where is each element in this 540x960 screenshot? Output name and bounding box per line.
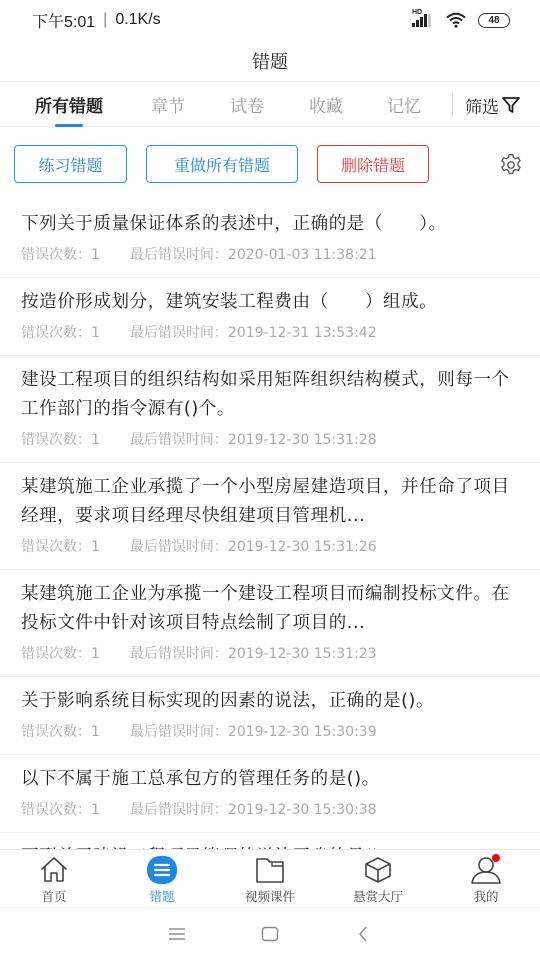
question-meta: 错误次数：1 最后错误时间：2019-12-30 15:31:28 [21, 424, 520, 462]
back-chevron-icon [357, 926, 369, 942]
question-meta: 错误次数：1 最后错误时间：2019-12-30 15:30:39 [21, 716, 520, 754]
last-wrong-time: 最后错误时间：2019-12-30 15:31:23 [130, 644, 377, 664]
system-nav-bar [0, 907, 540, 960]
nav-label: 首页 [41, 887, 66, 905]
signal-bar [416, 20, 419, 27]
signal-bar [412, 23, 415, 27]
wrong-count: 错误次数：1 [21, 537, 100, 557]
menu-button[interactable] [165, 922, 189, 946]
question-meta: 错误次数：1 最后错误时间：2020-01-03 11:38:21 [21, 239, 520, 277]
action-bar: 练习错题 重做所有错题 删除错题 [0, 127, 540, 200]
signal-icon: HD [412, 13, 434, 27]
status-bar: 下午5:01 | 0.1K/s HD 48 [0, 0, 540, 40]
question-item[interactable]: 下列关于建设工程项目管理的说法正确的是() [0, 833, 540, 849]
status-separator: | [103, 11, 107, 29]
filter-button[interactable]: 筛选 [465, 83, 521, 127]
nav-home[interactable]: 首页 [0, 850, 108, 907]
question-meta: 错误次数：1 最后错误时间：2019-12-31 13:53:42 [21, 317, 520, 355]
button-label: 重做所有错题 [174, 153, 270, 176]
user-icon [470, 856, 502, 884]
hd-label: HD [412, 9, 422, 16]
nav-label: 悬赏大厅 [353, 887, 403, 905]
wrong-count: 错误次数：1 [21, 323, 100, 343]
question-text: 某建筑施工企业承揽了一个小型房屋建造项目，并任命了项目经理，要求项目经理尽快组建… [21, 473, 520, 531]
question-meta: 错误次数：1 最后错误时间：2019-12-30 15:30:38 [21, 794, 520, 832]
question-item[interactable]: 按造价形成划分，建筑安装工程费由（ ）组成。 错误次数：1 最后错误时间：201… [0, 278, 540, 356]
tab-divider [452, 93, 453, 117]
battery-level: 48 [488, 15, 499, 26]
question-text: 建设工程项目的组织结构如采用矩阵组织结构模式，则每一个工作部门的指令源有()个。 [21, 366, 520, 424]
button-label: 练习错题 [38, 153, 102, 176]
tab-label: 记忆 [387, 92, 421, 117]
last-wrong-time: 最后错误时间：2019-12-31 13:53:42 [130, 323, 377, 343]
wrong-count: 错误次数：1 [21, 722, 100, 742]
question-item[interactable]: 某建筑施工企业为承揽一个建设工程项目而编制投标文件。在投标文件中针对该项目特点绘… [0, 570, 540, 677]
signal-bar [420, 17, 423, 27]
nav-label: 视频课件 [245, 887, 295, 905]
tab-all-wrong[interactable]: 所有错题 [28, 83, 110, 127]
wrong-count: 错误次数：1 [21, 245, 100, 265]
status-left: 下午5:01 | 0.1K/s [32, 9, 161, 32]
question-text: 以下不属于施工总承包方的管理任务的是()。 [21, 765, 520, 794]
status-net-speed: 0.1K/s [115, 11, 160, 29]
tab-papers[interactable]: 试卷 [225, 83, 269, 127]
nav-wrong-questions[interactable]: 错题 [108, 850, 216, 907]
question-text: 某建筑施工企业为承揽一个建设工程项目而编制投标文件。在投标文件中针对该项目特点绘… [21, 580, 520, 638]
wrong-count: 错误次数：1 [21, 800, 100, 820]
last-wrong-time: 最后错误时间：2019-12-30 15:31:26 [130, 537, 377, 557]
wrong-count: 错误次数：1 [21, 644, 100, 664]
question-text: 按造价形成划分，建筑安装工程费由（ ）组成。 [21, 288, 520, 317]
home-icon [38, 856, 70, 884]
tab-bar: 所有错题 章节 试卷 收藏 记忆 筛选 [0, 83, 540, 127]
tab-label: 试卷 [230, 92, 264, 117]
notification-dot [492, 854, 500, 862]
button-label: 删除错题 [341, 153, 405, 176]
nav-video-courses[interactable]: 视频课件 [216, 850, 324, 907]
tab-memory[interactable]: 记忆 [382, 83, 426, 127]
question-item[interactable]: 关于影响系统目标实现的因素的说法，正确的是()。 错误次数：1 最后错误时间：2… [0, 677, 540, 755]
wifi-icon [446, 12, 466, 28]
tab-label: 章节 [151, 92, 185, 117]
question-text: 关于影响系统目标实现的因素的说法，正确的是()。 [21, 687, 520, 716]
nav-label: 错题 [149, 887, 174, 905]
signal-bar [428, 14, 431, 27]
title-bar: 错题 [0, 40, 540, 82]
wrong-question-list[interactable]: 下列关于质量保证体系的表述中，正确的是（ ）。 错误次数：1 最后错误时间：20… [0, 200, 540, 849]
last-wrong-time: 最后错误时间：2019-12-30 15:31:28 [130, 430, 377, 450]
battery-icon: 48 [478, 13, 510, 28]
wrong-count: 错误次数：1 [21, 430, 100, 450]
filter-label: 筛选 [465, 93, 499, 118]
signal-bar [424, 14, 427, 27]
home-button[interactable] [258, 922, 282, 946]
tab-chapters[interactable]: 章节 [146, 83, 190, 127]
funnel-icon [501, 96, 521, 114]
question-meta: 错误次数：1 最后错误时间：2019-12-30 15:31:23 [21, 638, 520, 676]
folder-icon [254, 856, 286, 884]
list-icon [146, 856, 178, 884]
question-meta: 错误次数：1 最后错误时间：2019-12-30 15:31:26 [21, 531, 520, 569]
last-wrong-time: 最后错误时间：2020-01-03 11:38:21 [130, 245, 377, 265]
gear-icon[interactable] [498, 152, 524, 178]
question-item[interactable]: 建设工程项目的组织结构如采用矩阵组织结构模式，则每一个工作部门的指令源有()个。… [0, 356, 540, 463]
last-wrong-time: 最后错误时间：2019-12-30 15:30:39 [130, 722, 377, 742]
back-button[interactable] [351, 922, 375, 946]
question-item[interactable]: 以下不属于施工总承包方的管理任务的是()。 错误次数：1 最后错误时间：2019… [0, 755, 540, 833]
tab-label: 收藏 [309, 92, 343, 117]
status-time: 下午5:01 [32, 9, 95, 32]
nav-profile[interactable]: 我的 [432, 850, 540, 907]
nav-label: 我的 [473, 887, 498, 905]
square-icon [261, 926, 279, 942]
redo-all-button[interactable]: 重做所有错题 [146, 145, 298, 183]
tab-label: 所有错题 [35, 92, 103, 117]
delete-wrong-button[interactable]: 删除错题 [317, 145, 429, 183]
bottom-nav: 首页 错题 视频课件 悬赏大厅 [0, 849, 540, 907]
cube-icon [362, 856, 394, 884]
practice-wrong-button[interactable]: 练习错题 [14, 145, 127, 183]
question-text: 下列关于质量保证体系的表述中，正确的是（ ）。 [21, 210, 520, 239]
last-wrong-time: 最后错误时间：2019-12-30 15:30:38 [130, 800, 377, 820]
question-item[interactable]: 下列关于质量保证体系的表述中，正确的是（ ）。 错误次数：1 最后错误时间：20… [0, 200, 540, 278]
page-title: 错题 [252, 48, 288, 74]
status-right: HD 48 [412, 12, 510, 28]
nav-bounty-hall[interactable]: 悬赏大厅 [324, 850, 432, 907]
tab-favorites[interactable]: 收藏 [304, 83, 348, 127]
question-item[interactable]: 某建筑施工企业承揽了一个小型房屋建造项目，并任命了项目经理，要求项目经理尽快组建… [0, 463, 540, 570]
menu-icon [168, 927, 186, 941]
